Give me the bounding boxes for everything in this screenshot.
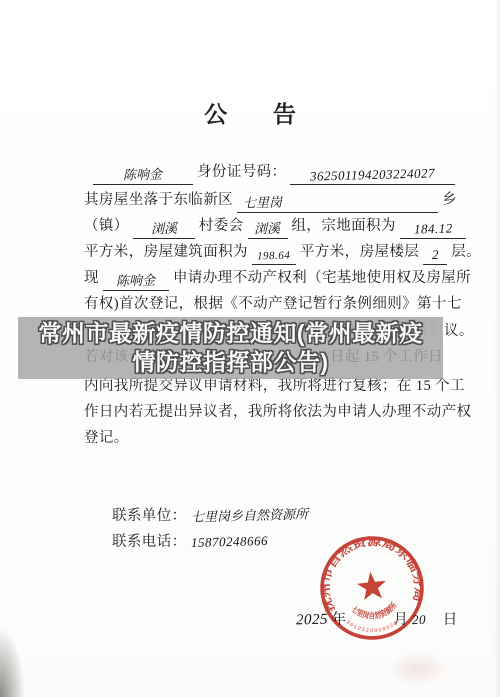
name-handwriting: 陈响金 [123, 165, 162, 184]
photo-corner-shadow [0, 557, 30, 697]
line-location: 其房屋坐落于东临新区 七里岗 乡 [84, 188, 454, 213]
building-area-label: 平方米，房屋建筑面积为 [84, 244, 248, 260]
headline-overlay: 常州市最新疫情防控通知(常州最新疫 情防控指挥部公告) [18, 317, 443, 379]
applicant-blank: 陈响金 [103, 272, 169, 291]
seal-bottom-text: 七里岗自然资源所 [349, 599, 401, 623]
photo-smudge [388, 652, 448, 686]
parcel-area-blank: 184.12 [400, 220, 466, 239]
line-obscured-fragment: 议。 [444, 319, 484, 340]
floors-blank: 2 [423, 246, 447, 265]
location-suffix: 乡 [442, 192, 457, 208]
headline-line1: 常州市最新疫情防控通知(常州最新疫 [38, 319, 422, 348]
town-label: （镇） [84, 218, 129, 234]
location-pre: 其房屋坐落于东临新区 [84, 192, 233, 208]
floors-suffix: 层。 [451, 244, 481, 260]
line-applicant: 现 陈响金 申请办理不动产权利（宅基地使用权及房屋所 [84, 266, 454, 291]
village-handwriting: 浏溪 [150, 220, 176, 239]
floors-handwriting: 2 [431, 246, 438, 264]
notice-title: 公 告 [0, 96, 500, 129]
document-photo: 公 告 陈响金 身份证号码： 362501194203224027 其房屋坐落于… [0, 0, 500, 697]
line-name-id: 陈响金 身份证号码： 362501194203224027 [93, 160, 463, 185]
line-village: （镇） 浏溪 村委会 浏溪 组，宗地面积为 184.12 [84, 214, 454, 239]
id-label: 身份证号码： [197, 164, 286, 180]
headline-line2: 情防控指挥部公告) [132, 348, 328, 377]
line-registration-end: 登记。 [84, 426, 454, 447]
line-regulation: 有权)首次登记，根据《不动产登记暂行条例细则》第十七 [84, 292, 454, 313]
group-blank: 浏溪 [248, 220, 288, 239]
village-blank: 浏溪 [133, 220, 195, 239]
seal-top-text: 抚州市自然资源局东临分局 [314, 530, 427, 615]
committee-label: 村委会 [199, 218, 244, 234]
group-handwriting: 浏溪 [254, 220, 280, 239]
name-blank: 陈响金 [93, 166, 193, 185]
official-seal: 抚州市自然资源局东临分局 七里岗自然资源所 3610320908028 [310, 526, 433, 649]
applicant-handwriting: 陈响金 [116, 271, 155, 290]
id-blank: 362501194203224027 [290, 166, 455, 185]
id-handwriting: 362501194203224027 [310, 164, 435, 185]
seal-star-icon [356, 570, 388, 600]
line-contact-phone: 联系电话： 15870248666 [112, 530, 482, 551]
line-contact-unit: 联系单位： 七里岗乡自然资源所 [112, 504, 482, 525]
parcel-area-handwriting: 184.12 [413, 219, 452, 238]
township-blank: 七里岗 [237, 194, 438, 213]
parcel-area-label: 组，宗地面积为 [292, 218, 396, 234]
township-handwriting: 七里岗 [243, 193, 282, 212]
contact-phone-label: 联系电话： [112, 534, 187, 550]
date-day-label: 日 [443, 612, 458, 628]
apply-text: 申请办理不动产权利（宅基地使用权及房屋所 [173, 270, 471, 286]
line-registration: 作日内若无提出异议者，我所将依法为申请人办理不动产权 [84, 400, 454, 421]
contact-phone-handwriting: 15870248666 [190, 533, 267, 551]
now-label: 现 [84, 270, 99, 286]
seal-graphic: 抚州市自然资源局东临分局 七里岗自然资源所 3610320908028 [310, 526, 433, 649]
floors-label: 平方米，房屋楼层 [300, 244, 419, 260]
building-area-handwriting: 198.64 [257, 247, 291, 266]
line-building-area: 平方米，房屋建筑面积为 198.64 平方米，房屋楼层 2 层。 [84, 240, 454, 265]
contact-unit-label: 联系单位： [112, 508, 187, 524]
contact-unit-handwriting: 七里岗乡自然资源所 [190, 503, 307, 525]
building-area-blank: 198.64 [252, 246, 296, 265]
